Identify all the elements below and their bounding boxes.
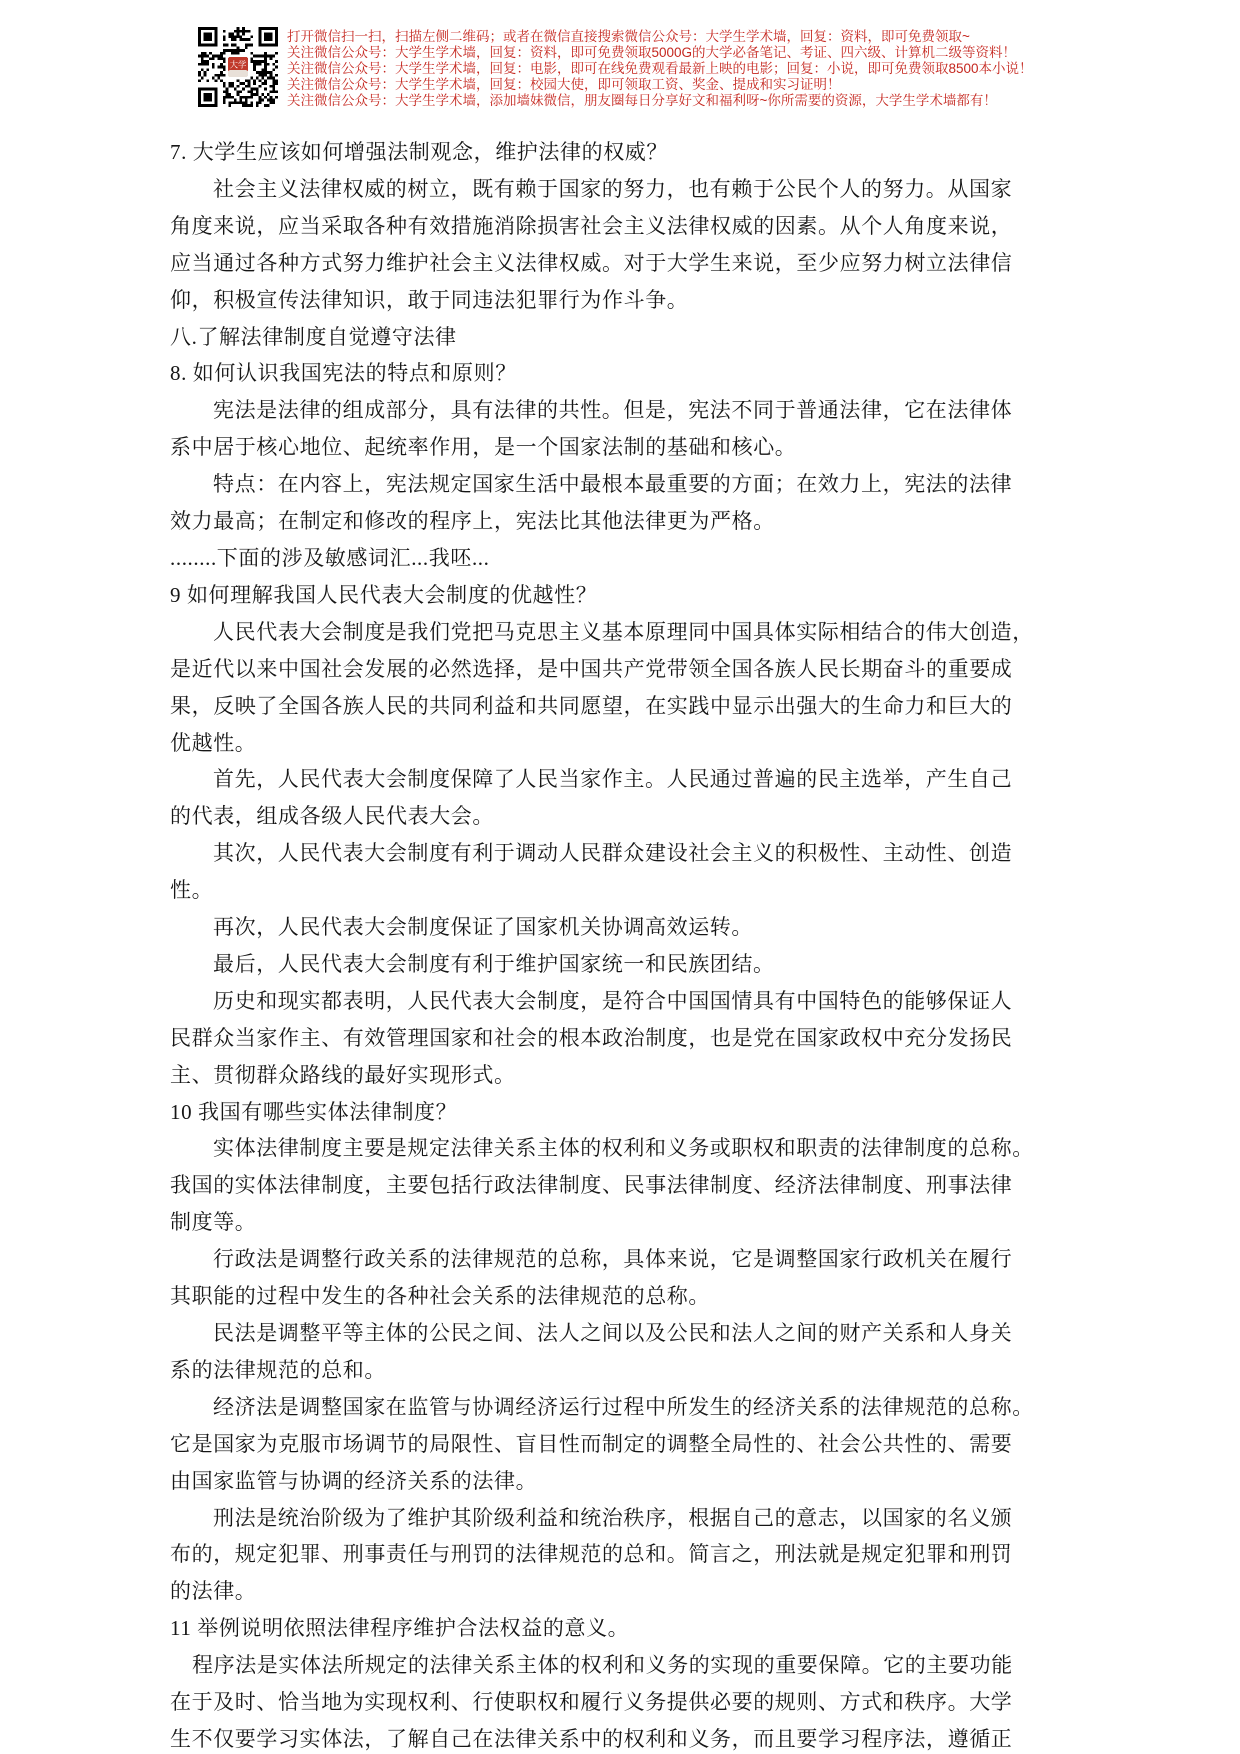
document-line: 实体法律制度主要是规定法律关系主体的权利和义务或职权和职责的法律制度的总称。 <box>170 1130 1070 1167</box>
document-line: 特点：在内容上，宪法规定国家生活中最根本最重要的方面；在效力上，宪法的法律 <box>170 466 1070 503</box>
document-line: 历史和现实都表明，人民代表大会制度，是符合中国国情具有中国特色的能够保证人 <box>170 983 1070 1020</box>
document-line: 民法是调整平等主体的公民之间、法人之间以及公民和法人之间的财产关系和人身关 <box>170 1315 1070 1352</box>
document-line: 的法律。 <box>170 1573 1070 1610</box>
document-body: 7. 大学生应该如何增强法制观念，维护法律的权威？社会主义法律权威的树立，既有赖… <box>170 134 1070 1754</box>
document-line: 其次，人民代表大会制度有利于调动人民群众建设社会主义的积极性、主动性、创造 <box>170 835 1070 872</box>
document-line: 11 举例说明依照法律程序维护合法权益的意义。 <box>170 1610 1070 1647</box>
document-line: 9 如何理解我国人民代表大会制度的优越性？ <box>170 577 1070 614</box>
document-line: 刑法是统治阶级为了维护其阶级利益和统治秩序，根据自己的意志，以国家的名义颁 <box>170 1500 1070 1537</box>
document-line: 人民代表大会制度是我们党把马克思主义基本原理同中国具体实际相结合的伟大创造， <box>170 614 1070 651</box>
document-line: 民群众当家作主、有效管理国家和社会的根本政治制度，也是党在国家政权中充分发扬民 <box>170 1020 1070 1057</box>
document-line: 最后，人民代表大会制度有利于维护国家统一和民族团结。 <box>170 946 1070 983</box>
promo-text: 打开微信扫一扫，扫描左侧二维码；或者在微信直接搜索微信公众号：大学生学术墙，回复… <box>287 27 1033 109</box>
promo-line: 关注微信公众号：大学生学术墙，回复：电影，即可在线免费观看最新上映的电影；回复：… <box>287 61 1033 77</box>
promo-line: 关注微信公众号：大学生学术墙，回复：资料，即可免费领取5000G的大学必备笔记、… <box>287 45 1033 61</box>
document-line: 的代表，组成各级人民代表大会。 <box>170 798 1070 835</box>
document-line: 主、贯彻群众路线的最好实现形式。 <box>170 1057 1070 1094</box>
document-line: 是近代以来中国社会发展的必然选择，是中国共产党带领全国各族人民长期奋斗的重要成 <box>170 651 1070 688</box>
promo-header: 大学 打开微信扫一扫，扫描左侧二维码；或者在微信直接搜索微信公众号：大学生学术墙… <box>198 27 1033 109</box>
promo-line: 打开微信扫一扫，扫描左侧二维码；或者在微信直接搜索微信公众号：大学生学术墙，回复… <box>287 29 1033 45</box>
document-line: 行政法是调整行政关系的法律规范的总称，具体来说，它是调整国家行政机关在履行 <box>170 1241 1070 1278</box>
document-line: 在于及时、恰当地为实现权利、行使职权和履行义务提供必要的规则、方式和秩序。大学 <box>170 1684 1070 1721</box>
qr-code-image: 大学 <box>198 27 278 107</box>
document-line: 制度等。 <box>170 1204 1070 1241</box>
document-line: 7. 大学生应该如何增强法制观念，维护法律的权威？ <box>170 134 1070 171</box>
document-line: 角度来说，应当采取各种有效措施消除损害社会主义法律权威的因素。从个人角度来说， <box>170 208 1070 245</box>
qr-code: 大学 <box>198 27 278 107</box>
document-line: 生不仅要学习实体法，了解自己在法律关系中的权利和义务，而且要学习程序法，遵循正 <box>170 1721 1070 1754</box>
document-line: 其职能的过程中发生的各种社会关系的法律规范的总称。 <box>170 1278 1070 1315</box>
document-line: 8. 如何认识我国宪法的特点和原则？ <box>170 355 1070 392</box>
document-line: 我国的实体法律制度，主要包括行政法律制度、民事法律制度、经济法律制度、刑事法律 <box>170 1167 1070 1204</box>
document-line: 果，反映了全国各族人民的共同利益和共同愿望，在实践中显示出强大的生命力和巨大的 <box>170 688 1070 725</box>
document-line: 经济法是调整国家在监管与协调经济运行过程中所发生的经济关系的法律规范的总称。 <box>170 1389 1070 1426</box>
document-line: ........下面的涉及敏感词汇...我呸... <box>170 540 1070 577</box>
document-line: 效力最高；在制定和修改的程序上，宪法比其他法律更为严格。 <box>170 503 1070 540</box>
document-line: 八.了解法律制度自觉遵守法律 <box>170 319 1070 356</box>
document-line: 首先，人民代表大会制度保障了人民当家作主。人民通过普遍的民主选举，产生自己 <box>170 761 1070 798</box>
document-line: 系中居于核心地位、起统率作用，是一个国家法制的基础和核心。 <box>170 429 1070 466</box>
document-line: 系的法律规范的总和。 <box>170 1352 1070 1389</box>
document-line: 宪法是法律的组成部分，具有法律的共性。但是，宪法不同于普通法律，它在法律体 <box>170 392 1070 429</box>
document-line: 10 我国有哪些实体法律制度？ <box>170 1094 1070 1131</box>
document-page: 大学 打开微信扫一扫，扫描左侧二维码；或者在微信直接搜索微信公众号：大学生学术墙… <box>0 0 1240 1754</box>
promo-line: 关注微信公众号：大学生学术墙，添加墙妹微信，朋友圈每日分享好文和福利呀~你所需要… <box>287 93 1033 109</box>
document-line: 再次，人民代表大会制度保证了国家机关协调高效运转。 <box>170 909 1070 946</box>
document-line: 社会主义法律权威的树立，既有赖于国家的努力，也有赖于公民个人的努力。从国家 <box>170 171 1070 208</box>
qr-logo-text: 大学 <box>230 59 247 69</box>
document-line: 它是国家为克服市场调节的局限性、盲目性而制定的调整全局性的、社会公共性的、需要 <box>170 1426 1070 1463</box>
document-line: 布的，规定犯罪、刑事责任与刑罚的法律规范的总和。简言之，刑法就是规定犯罪和刑罚 <box>170 1536 1070 1573</box>
document-line: 性。 <box>170 872 1070 909</box>
document-line: 仰，积极宣传法律知识，敢于同违法犯罪行为作斗争。 <box>170 282 1070 319</box>
qr-logo: 大学 <box>226 55 250 79</box>
promo-line: 关注微信公众号：大学生学术墙，回复：校园大使，即可领取工资、奖金、提成和实习证明… <box>287 77 1033 93</box>
document-line: 由国家监管与协调的经济关系的法律。 <box>170 1463 1070 1500</box>
document-line: 应当通过各种方式努力维护社会主义法律权威。对于大学生来说，至少应努力树立法律信 <box>170 245 1070 282</box>
document-line: 程序法是实体法所规定的法律关系主体的权利和义务的实现的重要保障。它的主要功能 <box>170 1647 1070 1684</box>
document-line: 优越性。 <box>170 725 1070 762</box>
